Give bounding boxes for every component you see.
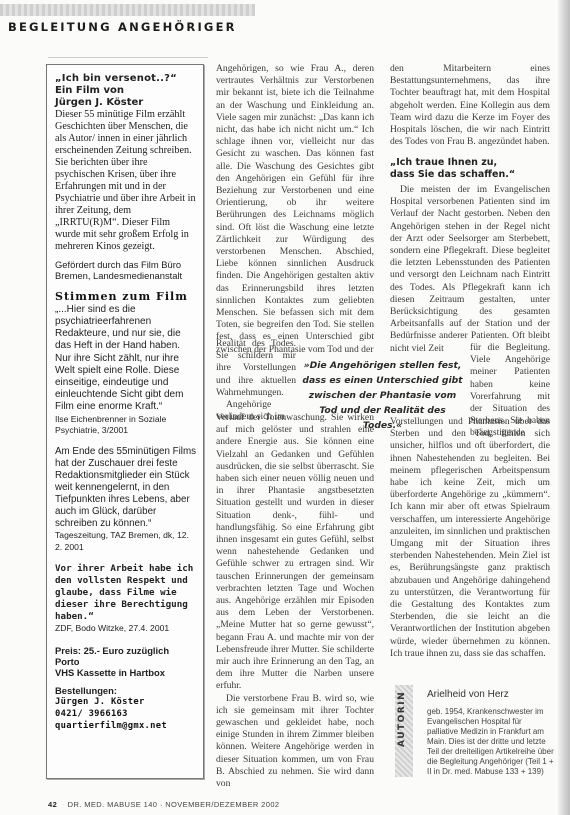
header-decorative-band <box>0 4 255 16</box>
article-narrow-left: Realität des Todes. Sie schildern mir ih… <box>216 338 296 423</box>
article-column-right: den Mitarbeitern eines Bestattungsuntern… <box>390 63 550 148</box>
publication-info: DR. MED. MABUSE 140 · NOVEMBER/DEZEMBER … <box>68 800 280 809</box>
page-edge-shadow <box>558 0 570 815</box>
author-bio: geb. 1954, Krankenschwester im Evangelis… <box>427 707 555 777</box>
orders-email-link[interactable]: quartierfilm@gmx.net <box>55 720 197 732</box>
article-paragraph: Die meisten der im Evangelischen Hospita… <box>390 184 550 355</box>
orders-phone: 0421/ 3966163 <box>55 708 197 720</box>
price-porto: Porto <box>55 656 197 667</box>
author-box: AUTORIN Arielheid von Herz geb. 1954, Kr… <box>395 685 555 780</box>
article-paragraph: Realität des Todes. Sie schildern mir ih… <box>216 338 296 399</box>
review-source-3: ZDF, Bodo Witzke, 27.4. 2001 <box>55 623 197 634</box>
section-title: BEGLEITUNG ANGEHÖRIGER <box>8 20 237 34</box>
film-info-sidebar: „Ich bin versenot..?“ Ein Film von Jürge… <box>46 64 204 779</box>
subheading-line-2: dass Sie das schaffen.“ <box>390 169 550 181</box>
page-footer: 42 DR. MED. MABUSE 140 · NOVEMBER/DEZEMB… <box>48 800 279 809</box>
film-by-line: Ein Film von <box>55 85 197 97</box>
orders-contact-name: Jürgen J. Köster <box>55 696 197 708</box>
author-name: Arielheid von Herz <box>427 689 509 700</box>
film-title: „Ich bin versenot..?“ <box>55 73 197 85</box>
article-paragraph: Angehörigen, so wie Frau A., deren vertr… <box>216 63 374 356</box>
film-director: Jürgen J. Köster <box>55 97 197 109</box>
article-column-middle: Angehörigen, so wie Frau A., deren vertr… <box>216 63 374 356</box>
review-quote-2: Am Ende des 55minütigen Films hat der Zu… <box>55 446 197 530</box>
film-description: Dieser 55 minütige Film erzählt Geschich… <box>55 109 197 253</box>
article-column-right-lower: Vorstellungen und Phantasien über das St… <box>390 416 550 660</box>
review-quote-3: Vor ihrer Arbeit habe ich den vollsten R… <box>55 563 197 623</box>
review-source-1: Ilse Eichenbrenner in Soziale Psychiatri… <box>55 414 197 437</box>
review-source-2: Tageszeitung, TAZ Bremen, dk, 12. 2. 200… <box>55 530 197 553</box>
article-paragraph: Vorstellungen und Phantasien über das St… <box>390 416 550 660</box>
price-line: Preis: 25.- Euro zuzüglich <box>55 645 197 656</box>
author-tag-label: AUTORIN <box>397 691 407 747</box>
subheading-line-1: „Ich traue Ihnen zu, <box>390 157 550 169</box>
article-column-middle-lower: Verlauf der Totenwaschung. Sie wirken au… <box>216 412 374 790</box>
funding-note: Gefördert durch das Film Büro Bremen, La… <box>55 259 197 282</box>
media-format: VHS Kassette in Hartbox <box>55 667 197 678</box>
page-number: 42 <box>48 800 57 809</box>
article-paragraph: Verlauf der Totenwaschung. Sie wirken au… <box>216 412 374 693</box>
article-paragraph: den Mitarbeitern eines Bestattungsuntern… <box>390 63 550 148</box>
article-column-right-mid: Die meisten der im Evangelischen Hospita… <box>390 184 550 355</box>
orders-label: Bestellungen: <box>55 685 197 696</box>
header-divider <box>48 57 208 58</box>
voices-heading: Stimmen zum Film <box>55 290 197 304</box>
review-quote-1: „...Hier sind es die psychiatrieerfahren… <box>55 304 197 414</box>
author-tag: AUTORIN <box>395 685 413 777</box>
article-paragraph: Die verstorbene Frau B. wird so, wie ich… <box>216 693 374 791</box>
article-subheading: „Ich traue Ihnen zu, dass Sie das schaff… <box>390 157 550 181</box>
